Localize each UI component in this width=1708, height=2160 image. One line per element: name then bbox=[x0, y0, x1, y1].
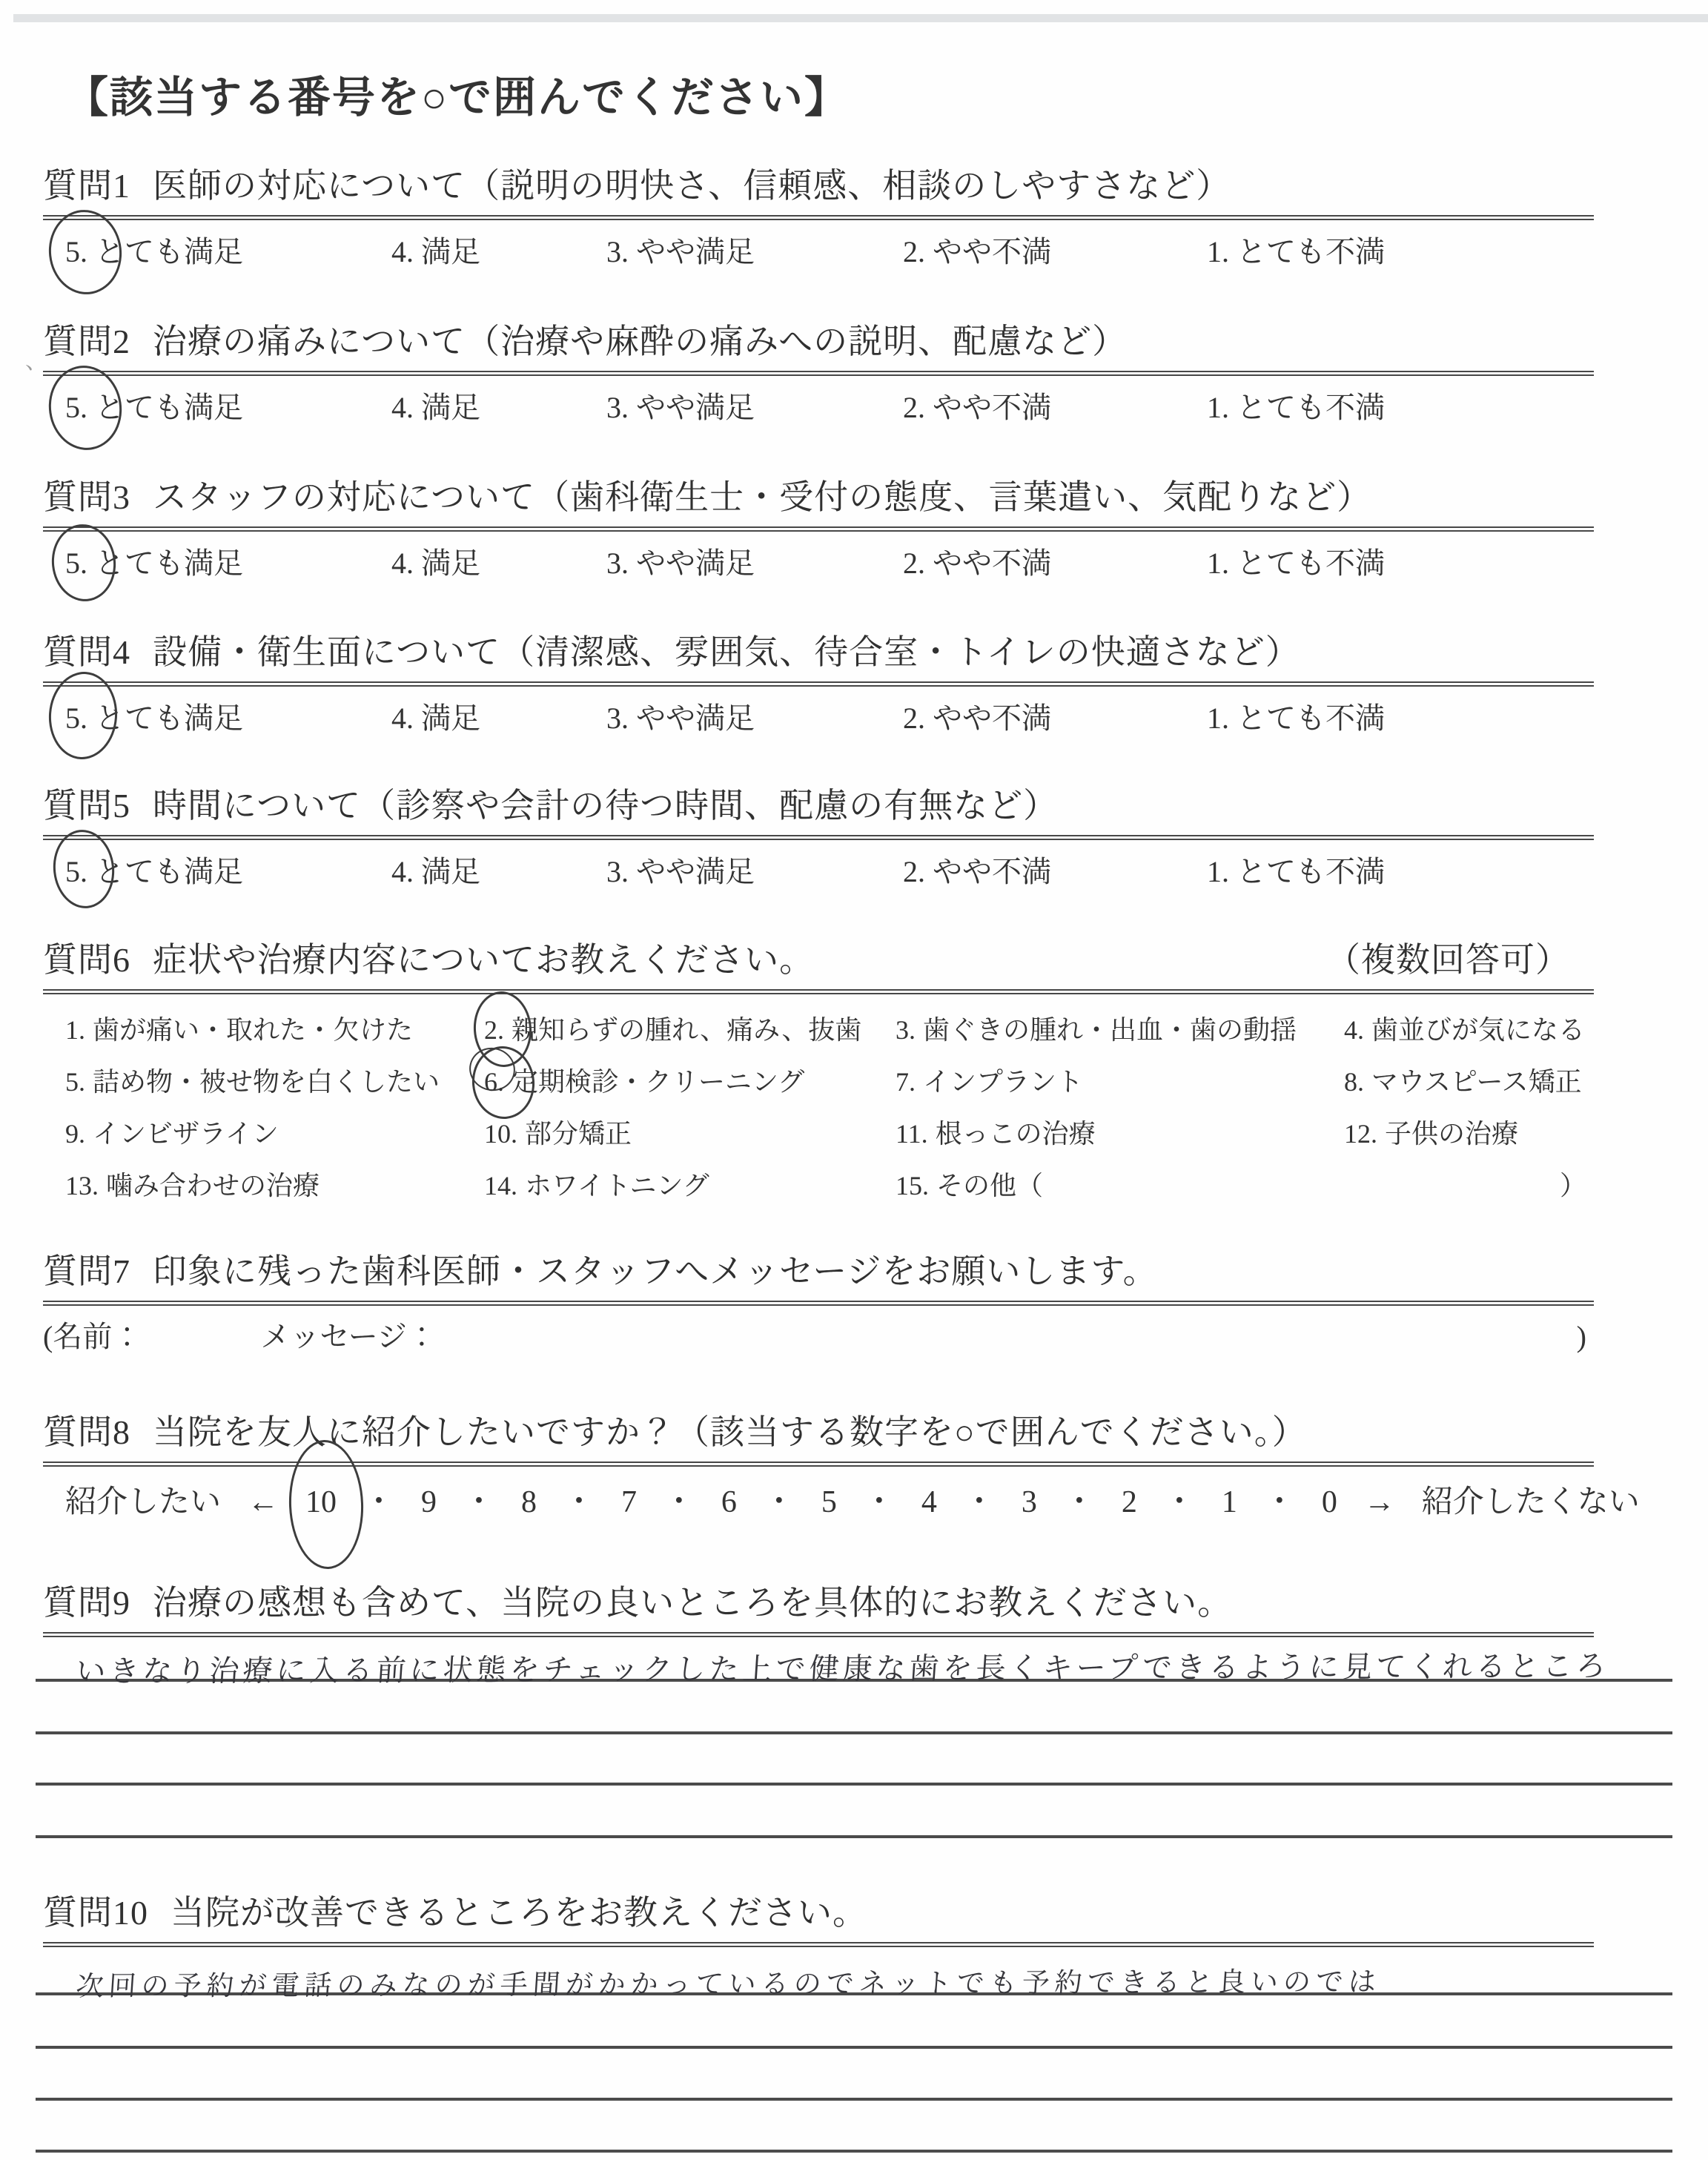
heading-underline bbox=[43, 215, 1594, 220]
rating-option-3: 3.やや満足 bbox=[606, 545, 903, 582]
nps-dot: ・ bbox=[764, 1483, 795, 1522]
heading-underline bbox=[43, 371, 1594, 376]
question-9-label: 質問9 bbox=[43, 1584, 130, 1622]
heading-underline bbox=[43, 681, 1594, 687]
option-label: 歯ぐきの腫れ・出血・歯の動揺 bbox=[923, 1012, 1297, 1064]
question-5-text: 時間について（診察や会計の待つ時間、配慮の有無など） bbox=[153, 787, 1058, 825]
question-1-text: 医師の対応について（説明の明快さ、信頼感、相談のしやすさなど） bbox=[153, 167, 1231, 205]
option-number: 5. bbox=[65, 855, 87, 888]
scan-artifact-band bbox=[13, 14, 1708, 22]
question-5-options: 5. とても満足 4.満足 3.やや満足 2.やや不満 1.とても不満 bbox=[43, 853, 1594, 891]
option-label: やや不満 bbox=[933, 853, 1051, 891]
circled-number-wrap: 5. bbox=[65, 234, 95, 271]
option-number: 7. bbox=[896, 1064, 916, 1116]
option-number: 1. bbox=[1207, 700, 1229, 737]
option-label: 詰め物・被せ物を白くしたい bbox=[93, 1064, 440, 1116]
question-8-heading: 質問8当院を友人に紹介したいですか？（該当する数字を○で囲んでください。） bbox=[43, 1411, 1594, 1454]
question-5-block: 質問5時間について（診察や会計の待つ時間、配慮の有無など） 5. とても満足 4… bbox=[43, 785, 1594, 891]
option-number: 15. bbox=[896, 1168, 929, 1220]
circled-number-wrap: 5. bbox=[65, 545, 95, 582]
rating-option-4: 4.満足 bbox=[391, 545, 606, 582]
option-number: 14. bbox=[484, 1168, 517, 1220]
question-9-text: 治療の感想も含めて、当院の良いところを具体的にお教えください。 bbox=[153, 1584, 1232, 1622]
option-14: 14.ホワイトニング bbox=[484, 1168, 896, 1220]
question-10-block: 質問10当院が改善できるところをお教えください。 次回の予約が電話のみなのが手間… bbox=[43, 1892, 1594, 2153]
question-1-block: 質問1医師の対応について（説明の明快さ、信頼感、相談のしやすさなど） 5. とて… bbox=[43, 165, 1594, 271]
answer-line bbox=[36, 1682, 1672, 1734]
nps-9: 9 bbox=[421, 1483, 437, 1522]
option-number: 3. bbox=[606, 545, 629, 582]
question-7-block: 質問7印象に残った歯科医師・スタッフへメッセージをお願いします。 (名前： メッ… bbox=[43, 1250, 1594, 1356]
circled-number-wrap: 10 bbox=[305, 1483, 337, 1522]
question-1-heading: 質問1医師の対応について（説明の明快さ、信頼感、相談のしやすさなど） bbox=[43, 165, 1594, 208]
option-label: やや不満 bbox=[933, 389, 1051, 426]
question-6-text: 症状や治療内容についてお教えください。 bbox=[153, 939, 814, 982]
heading-underline bbox=[43, 1462, 1594, 1467]
option-number: 1. bbox=[1207, 853, 1229, 891]
option-number: 1. bbox=[1207, 545, 1229, 582]
rating-option-1: 1.とても不満 bbox=[1207, 853, 1385, 891]
nps-8: 8 bbox=[521, 1483, 537, 1522]
rating-option-2: 2.やや不満 bbox=[903, 853, 1207, 891]
rating-option-3: 3.やや満足 bbox=[606, 234, 903, 271]
option-number: 12. bbox=[1344, 1116, 1377, 1168]
rating-option-4: 4.満足 bbox=[391, 389, 606, 426]
nps-3: 3 bbox=[1022, 1483, 1037, 1522]
option-label: とても満足 bbox=[95, 853, 243, 891]
rating-option-4: 4.満足 bbox=[391, 234, 606, 271]
left-arrow-icon: ← bbox=[248, 1483, 279, 1522]
other-close-paren: ） bbox=[1560, 1168, 1594, 1220]
option-label: マウスピース矯正 bbox=[1371, 1064, 1582, 1116]
option-number: 6. bbox=[484, 1067, 504, 1097]
nps-scale-row: 紹介したい ← 10 ・ 9 ・ 8 ・ 7 ・ 6 ・ 5 ・ 4 ・ 3 ・… bbox=[65, 1483, 1640, 1522]
answer-line bbox=[36, 2049, 1672, 2101]
option-label: とても満足 bbox=[95, 234, 243, 271]
question-8-text: 当院を友人に紹介したいですか？（該当する数字を○で囲んでください。） bbox=[153, 1413, 1307, 1451]
option-number: 3. bbox=[896, 1012, 916, 1064]
option-number: 2. bbox=[484, 1015, 504, 1045]
question-4-options: 5. とても満足 4.満足 3.やや満足 2.やや不満 1.とても不満 bbox=[43, 700, 1594, 737]
rating-option-1: 1.とても不満 bbox=[1207, 234, 1385, 271]
question-8-label: 質問8 bbox=[43, 1413, 130, 1451]
option-label: 満足 bbox=[421, 700, 480, 737]
question-10-text: 当院が改善できるところをお教えください。 bbox=[171, 1894, 867, 1932]
nps-1: 1 bbox=[1222, 1483, 1237, 1522]
option-12: 12.子供の治療 bbox=[1344, 1116, 1594, 1168]
option-label: やや満足 bbox=[636, 545, 755, 582]
option-label: 噛み合わせの治療 bbox=[106, 1168, 320, 1220]
question-10-heading: 質問10当院が改善できるところをお教えください。 bbox=[43, 1892, 1594, 1935]
rating-option-5: 5. とても満足 bbox=[65, 234, 391, 271]
question-1-options: 5. とても満足 4.満足 3.やや満足 2.やや不満 1.とても不満 bbox=[43, 234, 1594, 271]
name-field-label: (名前： bbox=[43, 1318, 142, 1356]
option-9: 9.インビザライン bbox=[65, 1116, 484, 1168]
option-label: 歯が痛い・取れた・欠けた bbox=[93, 1012, 413, 1064]
option-number: 4. bbox=[391, 700, 414, 737]
nps-dot: ・ bbox=[363, 1483, 394, 1522]
question-6-heading: 質問6症状や治療内容についてお教えください。 （複数回答可） bbox=[43, 939, 1594, 982]
option-number: 4. bbox=[391, 853, 414, 891]
option-number: 1. bbox=[1207, 389, 1229, 426]
option-label: とても不満 bbox=[1237, 700, 1385, 737]
option-7: 7.インプラント bbox=[896, 1064, 1344, 1116]
option-number: 2. bbox=[903, 234, 925, 271]
option-number: 2. bbox=[903, 389, 925, 426]
option-number: 9. bbox=[65, 1116, 85, 1168]
option-13: 13.噛み合わせの治療 bbox=[65, 1168, 484, 1220]
option-number: 5. bbox=[65, 1064, 85, 1116]
answer-line bbox=[36, 2101, 1672, 2153]
question-4-text: 設備・衛生面について（清潔感、雰囲気、待合室・トイレの快適さなど） bbox=[153, 633, 1300, 671]
option-number: 1. bbox=[65, 1012, 85, 1064]
question-3-options: 5. とても満足 4.満足 3.やや満足 2.やや不満 1.とても不満 bbox=[43, 545, 1594, 582]
option-number: 3. bbox=[606, 853, 629, 891]
question-9-heading: 質問9治療の感想も含めて、当院の良いところを具体的にお教えください。 bbox=[43, 1582, 1594, 1625]
rating-option-5: 5. とても満足 bbox=[65, 545, 391, 582]
option-label: やや不満 bbox=[933, 700, 1051, 737]
nps-dot: ・ bbox=[463, 1483, 494, 1522]
option-label: やや満足 bbox=[636, 700, 755, 737]
heading-underline bbox=[43, 1301, 1594, 1306]
question-4-block: 質問4設備・衛生面について（清潔感、雰囲気、待合室・トイレの快適さなど） 5. … bbox=[43, 631, 1594, 737]
options-row-4: 13.噛み合わせの治療 14.ホワイトニング 15.その他（ ） bbox=[65, 1168, 1594, 1220]
rating-option-1: 1.とても不満 bbox=[1207, 545, 1385, 582]
question-7-label: 質問7 bbox=[43, 1252, 130, 1290]
heading-underline bbox=[43, 1942, 1594, 1947]
right-arrow-icon: → bbox=[1364, 1483, 1395, 1522]
multiple-answers-note: （複数回答可） bbox=[1326, 939, 1594, 982]
circled-number-wrap: 5. bbox=[65, 389, 95, 426]
option-label: 満足 bbox=[421, 389, 480, 426]
option-10: 10.部分矯正 bbox=[484, 1116, 896, 1168]
option-3: 3.歯ぐきの腫れ・出血・歯の動揺 bbox=[896, 1012, 1344, 1064]
option-label: やや不満 bbox=[933, 545, 1051, 582]
rating-option-3: 3.やや満足 bbox=[606, 389, 903, 426]
question-6-options: 1.歯が痛い・取れた・欠けた 2. 親知らずの腫れ、痛み、抜歯 3.歯ぐきの腫れ… bbox=[43, 1012, 1594, 1220]
option-number: 2. bbox=[903, 853, 925, 891]
option-2: 2. 親知らずの腫れ、痛み、抜歯 bbox=[484, 1012, 896, 1064]
option-number: 5. bbox=[65, 701, 87, 735]
question-2-label: 質問2 bbox=[43, 323, 130, 360]
option-label: 満足 bbox=[421, 234, 480, 271]
option-label: とても満足 bbox=[95, 700, 243, 737]
option-label: とても不満 bbox=[1237, 545, 1385, 582]
option-number: 3. bbox=[606, 234, 629, 271]
question-9-block: 質問9治療の感想も含めて、当院の良いところを具体的にお教えください。 いきなり治… bbox=[43, 1582, 1594, 1838]
question-6-label: 質問6 bbox=[43, 939, 130, 982]
question-10-answer-area: 次回の予約が電話のみなのが手間がかかっているのでネットでも予約できると良いのでは bbox=[36, 1947, 1672, 2153]
question-6-block: 質問6症状や治療内容についてお教えください。 （複数回答可） 1.歯が痛い・取れ… bbox=[43, 939, 1594, 1220]
question-3-label: 質問3 bbox=[43, 478, 130, 516]
question-7-text: 印象に残った歯科医師・スタッフへメッセージをお願いします。 bbox=[153, 1252, 1158, 1290]
question-1-label: 質問1 bbox=[43, 167, 130, 205]
question-3-heading: 質問3スタッフの対応について（歯科衛生士・受付の態度、言葉遣い、気配りなど） bbox=[43, 476, 1594, 519]
option-label: 満足 bbox=[421, 545, 480, 582]
option-label: とても不満 bbox=[1237, 234, 1385, 271]
option-number: 4. bbox=[391, 234, 414, 271]
question-9-answer-area: いきなり治療に入る前に状態をチェックした上で健康な歯を長くキープできるように見て… bbox=[36, 1637, 1672, 1838]
rating-option-5: 5. とても満足 bbox=[65, 700, 391, 737]
answer-line bbox=[36, 1734, 1672, 1786]
option-label: 根っこの治療 bbox=[936, 1116, 1096, 1168]
rating-option-2: 2.やや不満 bbox=[903, 700, 1207, 737]
option-label: インプラント bbox=[923, 1064, 1083, 1116]
nps-10: 10 bbox=[305, 1485, 337, 1519]
question-5-heading: 質問5時間について（診察や会計の待つ時間、配慮の有無など） bbox=[43, 785, 1594, 828]
option-label: やや満足 bbox=[636, 389, 755, 426]
survey-scan-page: 、 【該当する番号を○で囲んでください】 質問1医師の対応について（説明の明快さ… bbox=[0, 0, 1708, 2160]
nps-5: 5 bbox=[821, 1483, 837, 1522]
option-label: とても満足 bbox=[95, 389, 243, 426]
option-label: やや満足 bbox=[636, 853, 755, 891]
option-label: インビザライン bbox=[93, 1116, 279, 1168]
question-2-options: 5. とても満足 4.満足 3.やや満足 2.やや不満 1.とても不満 bbox=[43, 389, 1594, 426]
nps-dot: ・ bbox=[1164, 1483, 1195, 1522]
option-label: とても不満 bbox=[1237, 853, 1385, 891]
rating-option-5: 5. とても満足 bbox=[65, 853, 391, 891]
rating-option-2: 2.やや不満 bbox=[903, 234, 1207, 271]
rating-option-3: 3.やや満足 bbox=[606, 853, 903, 891]
option-number: 10. bbox=[484, 1116, 517, 1168]
option-label: ホワイトニング bbox=[525, 1168, 709, 1220]
rating-option-4: 4.満足 bbox=[391, 853, 606, 891]
option-number: 2. bbox=[903, 545, 925, 582]
option-label: 親知らずの腫れ、痛み、抜歯 bbox=[512, 1012, 861, 1064]
rating-option-5: 5. とても満足 bbox=[65, 389, 391, 426]
heading-underline bbox=[43, 526, 1594, 532]
option-5: 5.詰め物・被せ物を白くしたい bbox=[65, 1064, 484, 1116]
option-number: 5. bbox=[65, 391, 87, 424]
nps-2: 2 bbox=[1122, 1483, 1137, 1522]
option-number: 4. bbox=[1344, 1012, 1364, 1064]
option-number: 5. bbox=[65, 235, 87, 268]
option-4: 4.歯並びが気になる bbox=[1344, 1012, 1594, 1064]
close-paren: ) bbox=[1577, 1318, 1594, 1356]
circled-number-wrap: 5. bbox=[65, 853, 95, 891]
nps-right-label: 紹介したくない bbox=[1422, 1483, 1640, 1522]
nps-dot: ・ bbox=[1064, 1483, 1095, 1522]
nps-dot: ・ bbox=[563, 1483, 595, 1522]
option-1: 1.歯が痛い・取れた・欠けた bbox=[65, 1012, 484, 1064]
question-2-text: 治療の痛みについて（治療や麻酔の痛みへの説明、配慮など） bbox=[153, 323, 1127, 360]
nps-left-label: 紹介したい bbox=[65, 1483, 221, 1522]
question-3-block: 質問3スタッフの対応について（歯科衛生士・受付の態度、言葉遣い、気配りなど） 5… bbox=[43, 476, 1594, 582]
answer-line: いきなり治療に入る前に状態をチェックした上で健康な歯を長くキープできるように見て… bbox=[36, 1637, 1672, 1682]
circled-number-wrap: 6. bbox=[484, 1064, 512, 1116]
circled-number-wrap: 2. bbox=[484, 1012, 512, 1064]
nps-dot: ・ bbox=[864, 1483, 895, 1522]
nps-4: 4 bbox=[921, 1483, 937, 1522]
option-number: 3. bbox=[606, 389, 629, 426]
question-10-label: 質問10 bbox=[43, 1894, 148, 1932]
option-number: 2. bbox=[903, 700, 925, 737]
question-2-block: 質問2治療の痛みについて（治療や麻酔の痛みへの説明、配慮など） 5. とても満足… bbox=[43, 320, 1594, 426]
option-11: 11.根っこの治療 bbox=[896, 1116, 1344, 1168]
option-number: 8. bbox=[1344, 1064, 1364, 1116]
options-row-1: 1.歯が痛い・取れた・欠けた 2. 親知らずの腫れ、痛み、抜歯 3.歯ぐきの腫れ… bbox=[65, 1012, 1594, 1064]
option-label: とても不満 bbox=[1237, 389, 1385, 426]
option-15: 15.その他（ bbox=[896, 1168, 1344, 1220]
nps-dot: ・ bbox=[964, 1483, 995, 1522]
question-4-label: 質問4 bbox=[43, 633, 130, 671]
question-2-heading: 質問2治療の痛みについて（治療や麻酔の痛みへの説明、配慮など） bbox=[43, 320, 1594, 363]
options-row-3: 9.インビザライン 10.部分矯正 11.根っこの治療 12.子供の治療 bbox=[65, 1116, 1594, 1168]
option-number: 3. bbox=[606, 700, 629, 737]
rating-option-3: 3.やや満足 bbox=[606, 700, 903, 737]
option-number: 5. bbox=[65, 546, 87, 580]
option-label: 歯並びが気になる bbox=[1371, 1012, 1585, 1064]
nps-6: 6 bbox=[721, 1483, 737, 1522]
option-number: 1. bbox=[1207, 234, 1229, 271]
option-number: 4. bbox=[391, 545, 414, 582]
option-label: やや不満 bbox=[933, 234, 1051, 271]
question-7-heading: 質問7印象に残った歯科医師・スタッフへメッセージをお願いします。 bbox=[43, 1250, 1594, 1293]
nps-dot: ・ bbox=[663, 1483, 695, 1522]
option-8: 8.マウスピース矯正 bbox=[1344, 1064, 1594, 1116]
circled-number-wrap: 5. bbox=[65, 700, 95, 737]
option-label: やや満足 bbox=[636, 234, 755, 271]
question-4-heading: 質問4設備・衛生面について（清潔感、雰囲気、待合室・トイレの快適さなど） bbox=[43, 631, 1594, 674]
answer-line: 次回の予約が電話のみなのが手間がかかっているのでネットでも予約できると良いのでは bbox=[36, 1947, 1672, 1995]
rating-option-1: 1.とても不満 bbox=[1207, 389, 1385, 426]
question-3-text: スタッフの対応について（歯科衛生士・受付の態度、言葉遣い、気配りなど） bbox=[153, 478, 1371, 516]
option-number: 11. bbox=[896, 1116, 928, 1168]
question-7-answer-line: (名前： メッセージ： ) bbox=[43, 1318, 1594, 1356]
answer-line bbox=[36, 1786, 1672, 1838]
options-row-2: 5.詰め物・被せ物を白くしたい 6. 定期検診・クリーニング 7.インプラント … bbox=[65, 1064, 1594, 1116]
heading-underline bbox=[43, 1632, 1594, 1637]
nps-7: 7 bbox=[621, 1483, 637, 1522]
option-label: とても満足 bbox=[95, 545, 243, 582]
heading-underline bbox=[43, 989, 1594, 994]
option-label: その他（ bbox=[936, 1168, 1043, 1220]
option-label: 部分矯正 bbox=[525, 1116, 632, 1168]
page-title: 【該当する番号を○で囲んでください】 bbox=[65, 62, 849, 125]
heading-underline bbox=[43, 835, 1594, 840]
rating-option-1: 1.とても不満 bbox=[1207, 700, 1385, 737]
question-8-block: 質問8当院を友人に紹介したいですか？（該当する数字を○で囲んでください。） 紹介… bbox=[43, 1411, 1594, 1522]
nps-dot: ・ bbox=[1264, 1483, 1295, 1522]
option-label: 子供の治療 bbox=[1385, 1116, 1518, 1168]
rating-option-4: 4.満足 bbox=[391, 700, 606, 737]
option-label: 満足 bbox=[421, 853, 480, 891]
question-5-label: 質問5 bbox=[43, 787, 130, 825]
message-field-label: メッセージ： bbox=[260, 1318, 437, 1356]
rating-option-2: 2.やや不満 bbox=[903, 389, 1207, 426]
option-number: 13. bbox=[65, 1168, 99, 1220]
nps-0: 0 bbox=[1322, 1483, 1337, 1522]
option-number: 4. bbox=[391, 389, 414, 426]
rating-option-2: 2.やや不満 bbox=[903, 545, 1207, 582]
option-label: 定期検診・クリーニング bbox=[512, 1064, 804, 1116]
answer-line bbox=[36, 1995, 1672, 2049]
option-6: 6. 定期検診・クリーニング bbox=[484, 1064, 896, 1116]
